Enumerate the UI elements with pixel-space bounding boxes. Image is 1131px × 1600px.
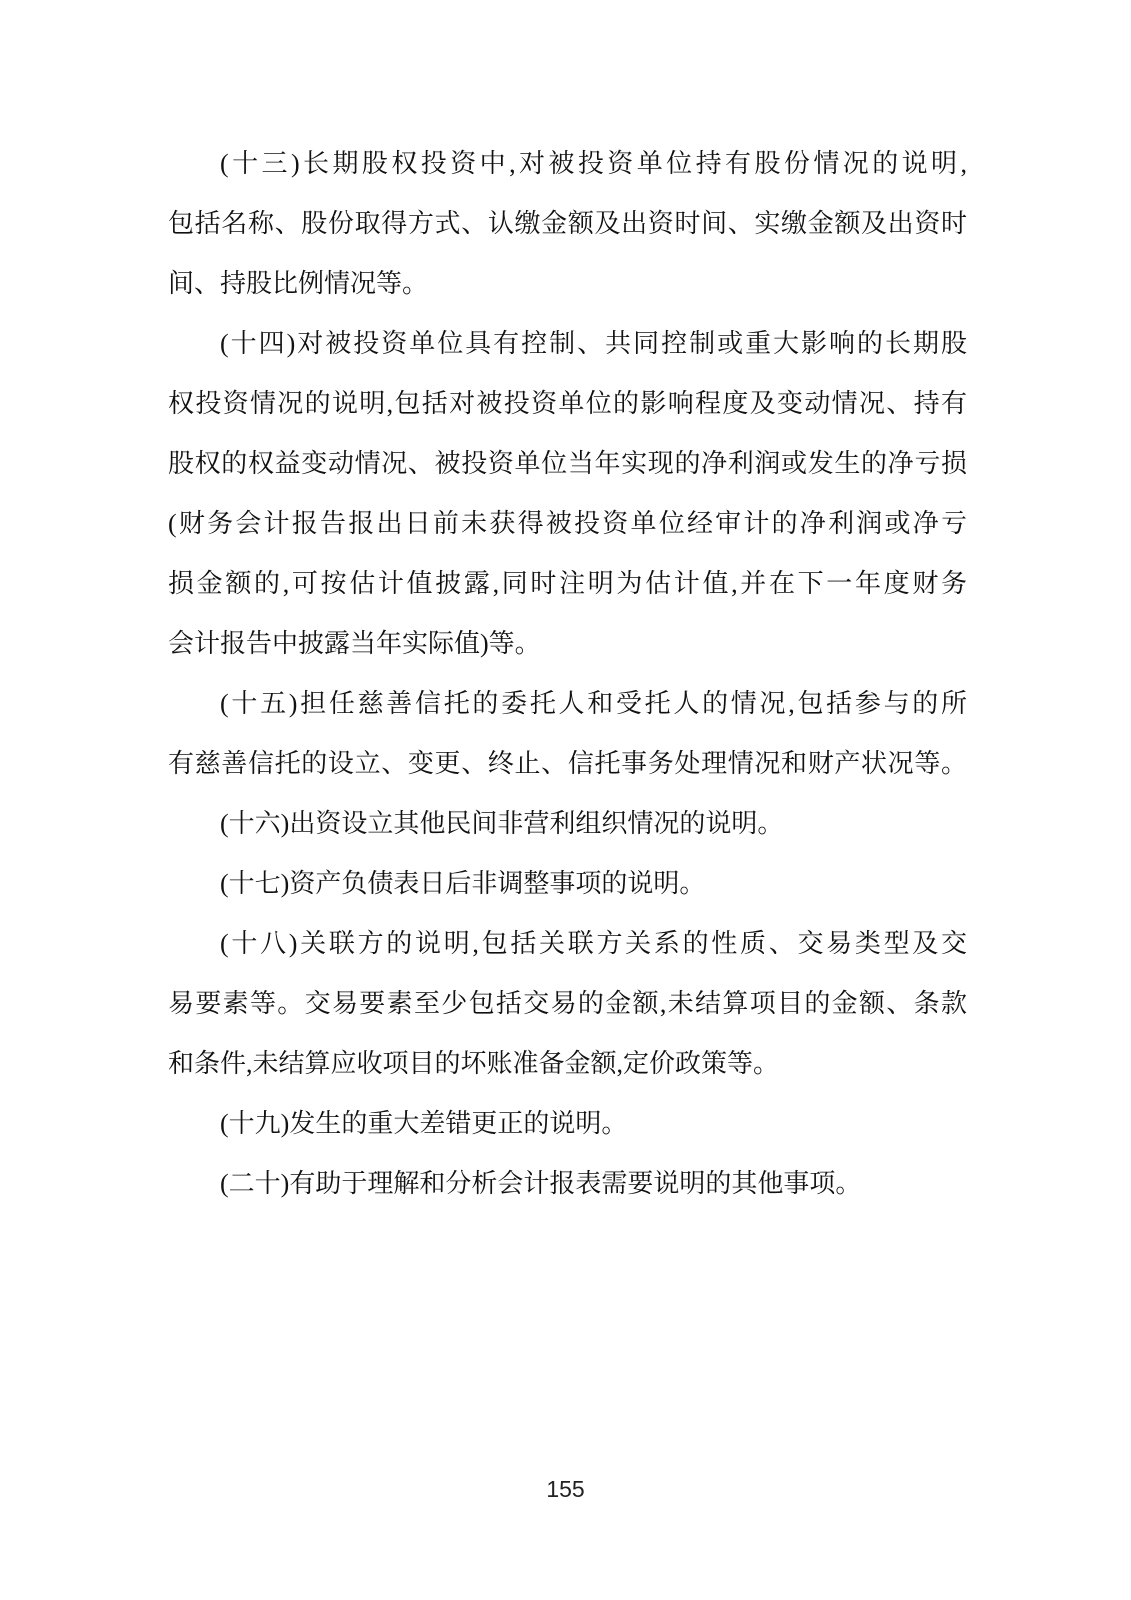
paragraph-item-14: (十四)对被投资单位具有控制、共同控制或重大影响的长期股 权投资情况的说明,包括… bbox=[168, 314, 967, 674]
paragraph-line: (十六)出资设立其他民间非营利组织情况的说明。 bbox=[168, 794, 967, 854]
paragraph-line: 会计报告中披露当年实际值)等。 bbox=[168, 614, 967, 674]
paragraph-line: 股权的权益变动情况、被投资单位当年实现的净利润或发生的净亏损 bbox=[168, 434, 967, 494]
paragraph-line: (十五)担任慈善信托的委托人和受托人的情况,包括参与的所 bbox=[168, 674, 967, 734]
paragraph-item-16: (十六)出资设立其他民间非营利组织情况的说明。 bbox=[168, 794, 967, 854]
paragraph-line: (十九)发生的重大差错更正的说明。 bbox=[168, 1094, 967, 1154]
paragraph-item-18: (十八)关联方的说明,包括关联方关系的性质、交易类型及交 易要素等。交易要素至少… bbox=[168, 914, 967, 1094]
paragraph-line: (十四)对被投资单位具有控制、共同控制或重大影响的长期股 bbox=[168, 314, 967, 374]
document-body: (十三)长期股权投资中,对被投资单位持有股份情况的说明, 包括名称、股份取得方式… bbox=[168, 134, 967, 1214]
paragraph-item-15: (十五)担任慈善信托的委托人和受托人的情况,包括参与的所 有慈善信托的设立、变更… bbox=[168, 674, 967, 794]
paragraph-item-20: (二十)有助于理解和分析会计报表需要说明的其他事项。 bbox=[168, 1154, 967, 1214]
paragraph-line: 权投资情况的说明,包括对被投资单位的影响程度及变动情况、持有 bbox=[168, 374, 967, 434]
paragraph-line: (十八)关联方的说明,包括关联方关系的性质、交易类型及交 bbox=[168, 914, 967, 974]
paragraph-line: (十三)长期股权投资中,对被投资单位持有股份情况的说明, bbox=[168, 134, 967, 194]
paragraph-line: 和条件,未结算应收项目的坏账准备金额,定价政策等。 bbox=[168, 1034, 967, 1094]
paragraph-line: (财务会计报告报出日前未获得被投资单位经审计的净利润或净亏 bbox=[168, 494, 967, 554]
paragraph-line: (十七)资产负债表日后非调整事项的说明。 bbox=[168, 854, 967, 914]
paragraph-line: 有慈善信托的设立、变更、终止、信托事务处理情况和财产状况等。 bbox=[168, 734, 967, 794]
paragraph-item-13: (十三)长期股权投资中,对被投资单位持有股份情况的说明, 包括名称、股份取得方式… bbox=[168, 134, 967, 314]
paragraph-line: 间、持股比例情况等。 bbox=[168, 254, 967, 314]
paragraph-line: 包括名称、股份取得方式、认缴金额及出资时间、实缴金额及出资时 bbox=[168, 194, 967, 254]
page-number: 155 bbox=[0, 1476, 1131, 1503]
paragraph-item-17: (十七)资产负债表日后非调整事项的说明。 bbox=[168, 854, 967, 914]
paragraph-line: 损金额的,可按估计值披露,同时注明为估计值,并在下一年度财务 bbox=[168, 554, 967, 614]
paragraph-item-19: (十九)发生的重大差错更正的说明。 bbox=[168, 1094, 967, 1154]
paragraph-line: 易要素等。交易要素至少包括交易的金额,未结算项目的金额、条款 bbox=[168, 974, 967, 1034]
document-page: (十三)长期股权投资中,对被投资单位持有股份情况的说明, 包括名称、股份取得方式… bbox=[0, 0, 1131, 1600]
paragraph-line: (二十)有助于理解和分析会计报表需要说明的其他事项。 bbox=[168, 1154, 967, 1214]
